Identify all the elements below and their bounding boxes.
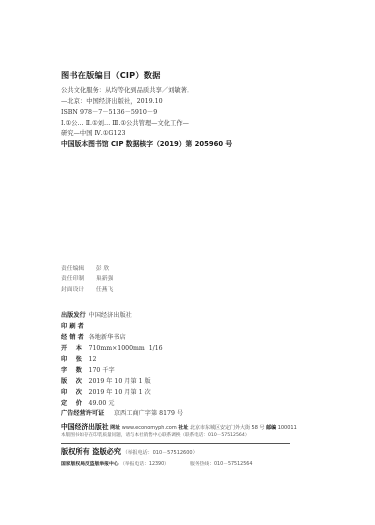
pub-value: 170 千字	[89, 367, 115, 374]
credit-editor: 责任编辑 彭 欣	[61, 263, 109, 272]
publisher-name: 中国经济出版社	[61, 423, 109, 431]
cip-number: 中国版本图书馆 CIP 数据核字（2019）第 205960 号	[61, 138, 232, 148]
publisher-contact: 中国经济出版社 网址 www.economyph.com 社址 北京市东城区安定…	[61, 421, 297, 431]
quality-notice: 本版图书如存在印装质量问题，请与本社销售中心联系调换（联系电话：010－5751…	[61, 432, 249, 438]
pub-label: 出版发行	[61, 310, 87, 319]
cip-line: 研究—中国 Ⅳ.①G123	[61, 128, 125, 137]
service-hotline: 服务热线：010－57512564	[190, 462, 252, 467]
pub-value: 710mm×1000mm 1/16	[89, 345, 163, 352]
cip-isbn: ISBN 978－7－5136－5910－9	[61, 107, 157, 116]
pub-row-edition: 版 次 2019 年 10 月第 1 版	[61, 376, 151, 385]
pub-label: 经 销 者	[61, 332, 87, 341]
credit-label: 责任编辑	[61, 263, 94, 272]
website[interactable]: www.economyph.com	[122, 425, 177, 431]
pub-row-printing: 印 次 2019 年 10 月第 1 次	[61, 387, 151, 396]
anti-piracy-center: 国家版权局反盗版举报中心	[61, 462, 119, 467]
report-phone: （举报电话：010－57512600）	[123, 450, 198, 456]
pub-row-publisher: 出版发行 中国经济出版社	[61, 310, 132, 319]
pub-label: 广告经营许可证	[61, 408, 104, 417]
pub-row-ad-license: 广告经营许可证 京西工商广字第 8179 号	[61, 408, 183, 417]
credit-value: 任燕飞	[96, 287, 113, 293]
pub-row-distributor: 经 销 者 各地新华书店	[61, 332, 126, 341]
credit-label: 责任印制	[61, 273, 94, 282]
cip-line: —北京：中国经济出版社，2019.10	[61, 96, 163, 105]
pub-row-printer: 印 刷 者	[61, 321, 87, 330]
pub-row-format: 开 本 710mm×1000mm 1/16	[61, 343, 163, 352]
pub-value: 中国经济出版社	[89, 312, 132, 319]
pub-value: 各地新华书店	[89, 334, 126, 341]
cip-line: 公共文化服务：从均等化到品质共享／刘敏著．	[61, 85, 193, 94]
copyright-notice: 版权所有 盗版必究	[61, 447, 121, 456]
pub-value: 2019 年 10 月第 1 次	[89, 389, 151, 396]
pub-label: 开 本	[61, 343, 87, 352]
credit-cover: 封面设计 任燕飞	[61, 284, 113, 293]
credit-print: 责任印制 巢新强	[61, 273, 113, 282]
credit-value: 巢新强	[96, 276, 113, 282]
cip-title: 图书在版编目（CIP）数据	[61, 70, 161, 81]
credit-value: 彭 欣	[96, 266, 109, 272]
pub-label: 定 价	[61, 398, 87, 407]
pub-label: 版 次	[61, 376, 87, 385]
website-label: 网址	[110, 425, 120, 431]
pub-value: 京西工商广字第 8179 号	[114, 410, 183, 417]
pub-value: 49.00 元	[89, 400, 115, 407]
pub-label: 印 次	[61, 387, 87, 396]
address: 北京市东城区安定门外大街 58 号	[190, 425, 265, 431]
address-label: 社址	[178, 425, 188, 431]
pub-label: 印 张	[61, 354, 87, 363]
postcode-label: 邮编	[266, 425, 276, 431]
pub-row-price: 定 价 49.00 元	[61, 398, 114, 407]
credit-label: 封面设计	[61, 284, 94, 293]
copyright-line: 版权所有 盗版必究 （举报电话：010－57512600）	[61, 447, 198, 457]
pub-row-sheets: 印 张 12	[61, 354, 96, 363]
anti-piracy-line: 国家版权局反盗版举报中心 （举报电话：12390） 服务热线：010－57512…	[61, 460, 252, 467]
pub-value: 12	[89, 356, 97, 363]
pub-label: 字 数	[61, 365, 87, 374]
cip-line: Ⅰ.①公… Ⅱ.①刘… Ⅲ.①公共管理—文化工作—	[61, 118, 189, 127]
pub-label: 印 刷 者	[61, 321, 87, 330]
postcode: 100011	[278, 425, 297, 431]
pub-row-wordcount: 字 数 170 千字	[61, 365, 115, 374]
anti-piracy-phone: （举报电话：12390）	[120, 462, 169, 467]
divider	[61, 443, 290, 444]
pub-value: 2019 年 10 月第 1 版	[89, 378, 151, 385]
